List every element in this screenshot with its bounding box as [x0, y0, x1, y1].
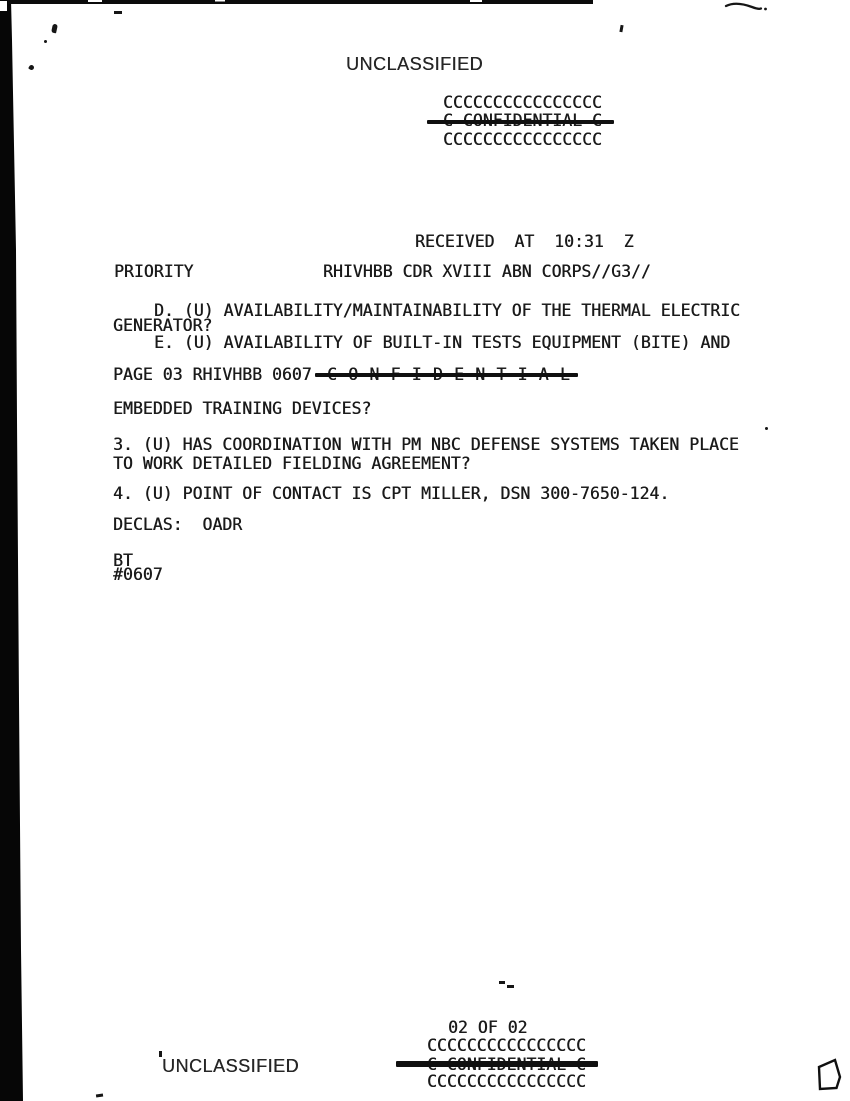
- message-number: #0607: [113, 566, 163, 583]
- scan-speck: [507, 985, 514, 988]
- received-timestamp: RECEIVED AT 10:31 Z: [415, 233, 634, 250]
- message-item-3-line1: 3. (U) HAS COORDINATION WITH PM NBC DEFE…: [113, 436, 739, 453]
- message-item-4-contact: 4. (U) POINT OF CONTACT IS CPT MILLER, D…: [113, 485, 669, 502]
- bottom-classification-header: UNCLASSIFIED: [162, 1056, 299, 1077]
- scan-speck: [44, 40, 47, 43]
- declas-line: DECLAS: OADR: [113, 516, 242, 533]
- page-corner-doodle-icon: [819, 1060, 840, 1089]
- scan-speck: [51, 24, 58, 34]
- scan-speck: [28, 64, 35, 71]
- priority-label: PRIORITY: [114, 263, 193, 280]
- classification-stamp-top-row2: CCCCCCCCCCCCCCCC: [443, 131, 602, 148]
- message-item-d-line2: GENERATOR?: [113, 317, 212, 334]
- scan-speck: [96, 1094, 103, 1097]
- routing-address: RHIVHBB CDR XVIII ABN CORPS//G3//: [323, 263, 651, 280]
- classification-stamp-bottom-row1: CCCCCCCCCCCCCCCC: [427, 1037, 586, 1054]
- left-scan-band: [0, 0, 23, 1101]
- scan-speck: [765, 427, 768, 430]
- pen-squiggle-mark: [726, 4, 761, 9]
- top-scan-bar: [8, 0, 593, 4]
- strikethrough-line-bottom-stamp: [396, 1061, 598, 1067]
- message-item-3-line2: TO WORK DETAILED FIELDING AGREEMENT?: [113, 455, 471, 472]
- strikethrough-line-top-stamp: [427, 120, 614, 124]
- scan-speck: [499, 981, 505, 984]
- message-item-e-line: E. (U) AVAILABILITY OF BUILT-IN TESTS EQ…: [154, 334, 730, 351]
- page-banner-prefix: PAGE 03 RHIVHBB 0607: [113, 366, 312, 383]
- scan-speck: [114, 11, 122, 14]
- classification-stamp-top-row1: CCCCCCCCCCCCCCCC: [443, 94, 602, 111]
- scan-speck: [619, 25, 623, 32]
- classification-stamp-bottom-row2: CCCCCCCCCCCCCCCC: [427, 1073, 586, 1090]
- top-classification-header: UNCLASSIFIED: [346, 54, 483, 75]
- scanned-document-page: UNCLASSIFIED CCCCCCCCCCCCCCCC C CONFIDEN…: [0, 0, 850, 1101]
- strikethrough-line-page-banner: [315, 373, 578, 377]
- message-item-d-line1: D. (U) AVAILABILITY/MAINTAINABILITY OF T…: [154, 302, 740, 319]
- message-item-e-continuation: EMBEDDED TRAINING DEVICES?: [113, 400, 371, 417]
- footer-page-indicator: 02 OF 02: [448, 1019, 527, 1036]
